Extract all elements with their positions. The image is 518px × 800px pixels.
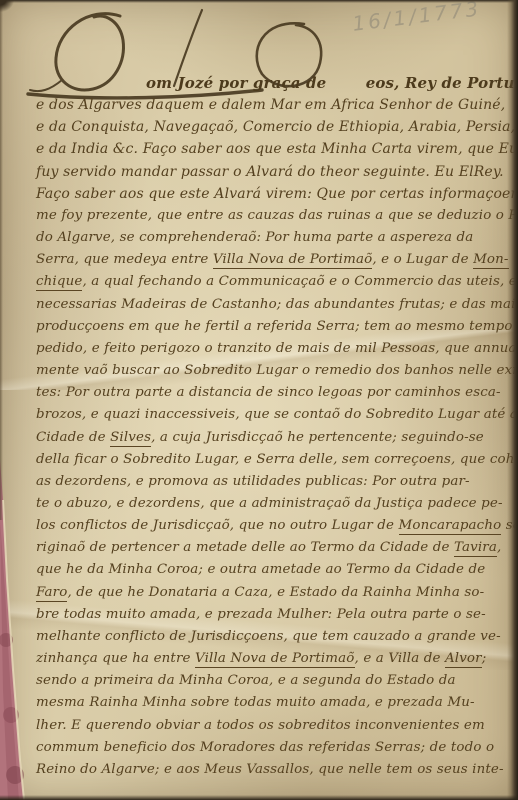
text-segment: , <box>497 540 501 555</box>
text-segment: bre todas muito amada, e prezada Mulher:… <box>36 607 486 622</box>
text-segment: brozos, e quazi inaccessiveis, que se co… <box>36 407 518 422</box>
manuscript-line: riginaõ de pertencer a metade delle ao T… <box>36 537 506 559</box>
text-segment: do Algarve, se comprehenderaõ: Por huma … <box>36 230 473 245</box>
text-segment: me foy prezente, que entre as cauzas das… <box>36 208 518 223</box>
page-edge-bottom <box>0 795 518 800</box>
page-corner-shadow <box>0 0 14 12</box>
text-segment: eos, Rey de Portugal, <box>366 74 518 92</box>
text-segment: producçoens em que he fertil a referida … <box>36 319 518 334</box>
manuscript-line: Reino do Algarve; e aos Meus Vassallos, … <box>36 759 506 781</box>
manuscript-line: bre todas muito amada, e prezada Mulher:… <box>36 604 506 626</box>
text-segment: pedido, e feito perigozo o tranzito de m… <box>36 341 518 356</box>
text-segment: , e o Lugar de <box>372 252 473 267</box>
manuscript-line: producçoens em que he fertil a referida … <box>36 316 506 338</box>
manuscript-line: Serra, que medeya entre Villa Nova de Po… <box>36 249 506 271</box>
manuscript-page: 16/1/1773 om Jozé por graça de eos, Rey … <box>0 0 518 800</box>
manuscript-line: Faro, de que he Donataria a Caza, e Esta… <box>36 582 506 604</box>
manuscript-line: necessarias Madeiras de Castanho; das ab… <box>36 294 506 316</box>
text-segment: necessarias Madeiras de Castanho; das ab… <box>36 297 518 312</box>
text-segment: della ficar o Sobredito Lugar, e Serra d… <box>36 452 518 467</box>
manuscript-line: e da India &c. Faço saber aos que esta M… <box>36 138 506 160</box>
manuscript-line: Faço saber aos que este Alvará virem: Qu… <box>36 183 506 205</box>
text-segment: , a cuja Jurisdicçaõ he pertencente; seg… <box>151 430 484 445</box>
text-segment: Cidade de <box>36 430 110 445</box>
page-edge-right <box>507 0 518 800</box>
text-segment: zinhança que ha entre <box>36 651 195 666</box>
underlined-place-name: chique <box>36 274 82 291</box>
text-segment: sendo a primeira da Minha Coroa, e a seg… <box>36 673 456 688</box>
manuscript-line: Cidade de Silves, a cuja Jurisdicçaõ he … <box>36 427 506 449</box>
binding-edge <box>0 460 34 800</box>
manuscript-line: della ficar o Sobredito Lugar, e Serra d… <box>36 449 506 471</box>
manuscript-line: as dezordens, e promova as utilidades pu… <box>36 471 506 493</box>
text-segment: , a qual fechando a Communicaçaõ e o Com… <box>82 274 516 289</box>
underlined-place-name: Faro <box>36 585 67 602</box>
text-segment: Reino do Algarve; e aos Meus Vassallos, … <box>36 762 504 777</box>
text-segment: los conflictos de Jurisdicçaõ, que no ou… <box>36 518 399 533</box>
underlined-place-name: Silves <box>110 430 151 447</box>
manuscript-line: melhante conflicto de Jurisdicçoens, que… <box>36 626 506 648</box>
page-edge-top <box>0 0 518 3</box>
manuscript-line: e dos Algarves daquem e dalem Mar em Afr… <box>36 94 506 116</box>
text-segment: e dos Algarves daquem e dalem Mar em Afr… <box>36 97 505 113</box>
text-segment: fuy servido mandar passar o Alvará do th… <box>36 164 504 180</box>
manuscript-line: me foy prezente, que entre as cauzas das… <box>36 205 506 227</box>
text-segment: as dezordens, e promova as utilidades pu… <box>36 474 470 489</box>
text-segment: tes: Por outra parte a distancia de sinc… <box>36 385 501 400</box>
text-segment: Faço saber aos que este Alvará virem: Qu… <box>36 186 518 202</box>
manuscript-line: zinhança que ha entre Villa Nova de Port… <box>36 648 506 670</box>
text-segment: om Jozé por graça de <box>146 74 332 92</box>
text-segment: , e a Villa de <box>355 651 445 666</box>
underlined-place-name: Villa Nova de Portimaõ <box>213 252 373 269</box>
manuscript-line: brozos, e quazi inaccessiveis, que se co… <box>36 404 506 426</box>
text-segment: mente vaõ buscar ao Sobredito Lugar o re… <box>36 363 518 378</box>
manuscript-line: e da Conquista, Navegaçaõ, Comercio de E… <box>36 116 506 138</box>
manuscript-line: tes: Por outra parte a distancia de sinc… <box>36 382 506 404</box>
manuscript-line: pedido, e feito perigozo o tranzito de m… <box>36 338 506 360</box>
underlined-place-name: Tavira <box>454 540 497 557</box>
text-segment: commum beneficio dos Moradores das refer… <box>36 740 494 755</box>
manuscript-line: mesma Rainha Minha sobre todas muito ama… <box>36 692 506 714</box>
manuscript-line: fuy servido mandar passar o Alvará do th… <box>36 161 506 183</box>
manuscript-line: chique, a qual fechando a Communicaçaõ e… <box>36 271 506 293</box>
underlined-place-name: Villa Nova de Portimaõ <box>195 651 355 668</box>
text-segment: Serra, que medeya entre <box>36 252 213 267</box>
text-segment: ; <box>482 651 487 666</box>
underlined-place-name: Moncarapacho <box>399 518 502 535</box>
text-segment: , de que he Donataria a Caza, e Estado d… <box>67 585 484 600</box>
manuscript-line: sendo a primeira da Minha Coroa, e a seg… <box>36 670 506 692</box>
text-segment: mesma Rainha Minha sobre todas muito ama… <box>36 695 475 710</box>
text-segment: que he da Minha Coroa; e outra ametade a… <box>36 562 485 577</box>
text-segment: te o abuzo, e dezordens, que a administr… <box>36 496 503 511</box>
text-segment: melhante conflicto de Jurisdicçoens, que… <box>36 629 501 644</box>
text-segment: lher. E querendo obviar a todos os sobre… <box>36 718 485 733</box>
manuscript-line: te o abuzo, e dezordens, que a administr… <box>36 493 506 515</box>
underlined-place-name: Alvor <box>445 651 482 668</box>
underlined-place-name: Mon- <box>473 252 509 269</box>
manuscript-line: lher. E querendo obviar a todos os sobre… <box>36 715 506 737</box>
manuscript-line: los conflictos de Jurisdicçaõ, que no ou… <box>36 515 506 537</box>
text-segment: e da Conquista, Navegaçaõ, Comercio de E… <box>36 119 515 135</box>
manuscript-line: om Jozé por graça de eos, Rey de Portuga… <box>36 72 506 94</box>
manuscript-line: mente vaõ buscar ao Sobredito Lugar o re… <box>36 360 506 382</box>
manuscript-line: do Algarve, se comprehenderaõ: Por huma … <box>36 227 506 249</box>
text-segment: e da India &c. Faço saber aos que esta M… <box>36 141 518 157</box>
manuscript-line: que he da Minha Coroa; e outra ametade a… <box>36 559 506 581</box>
text-segment: riginaõ de pertencer a metade delle ao T… <box>36 540 454 555</box>
pencil-date-annotation: 16/1/1773 <box>351 0 483 36</box>
page-edge-left <box>0 0 3 520</box>
manuscript-text: om Jozé por graça de eos, Rey de Portuga… <box>36 72 506 781</box>
manuscript-line: commum beneficio dos Moradores das refer… <box>36 737 506 759</box>
